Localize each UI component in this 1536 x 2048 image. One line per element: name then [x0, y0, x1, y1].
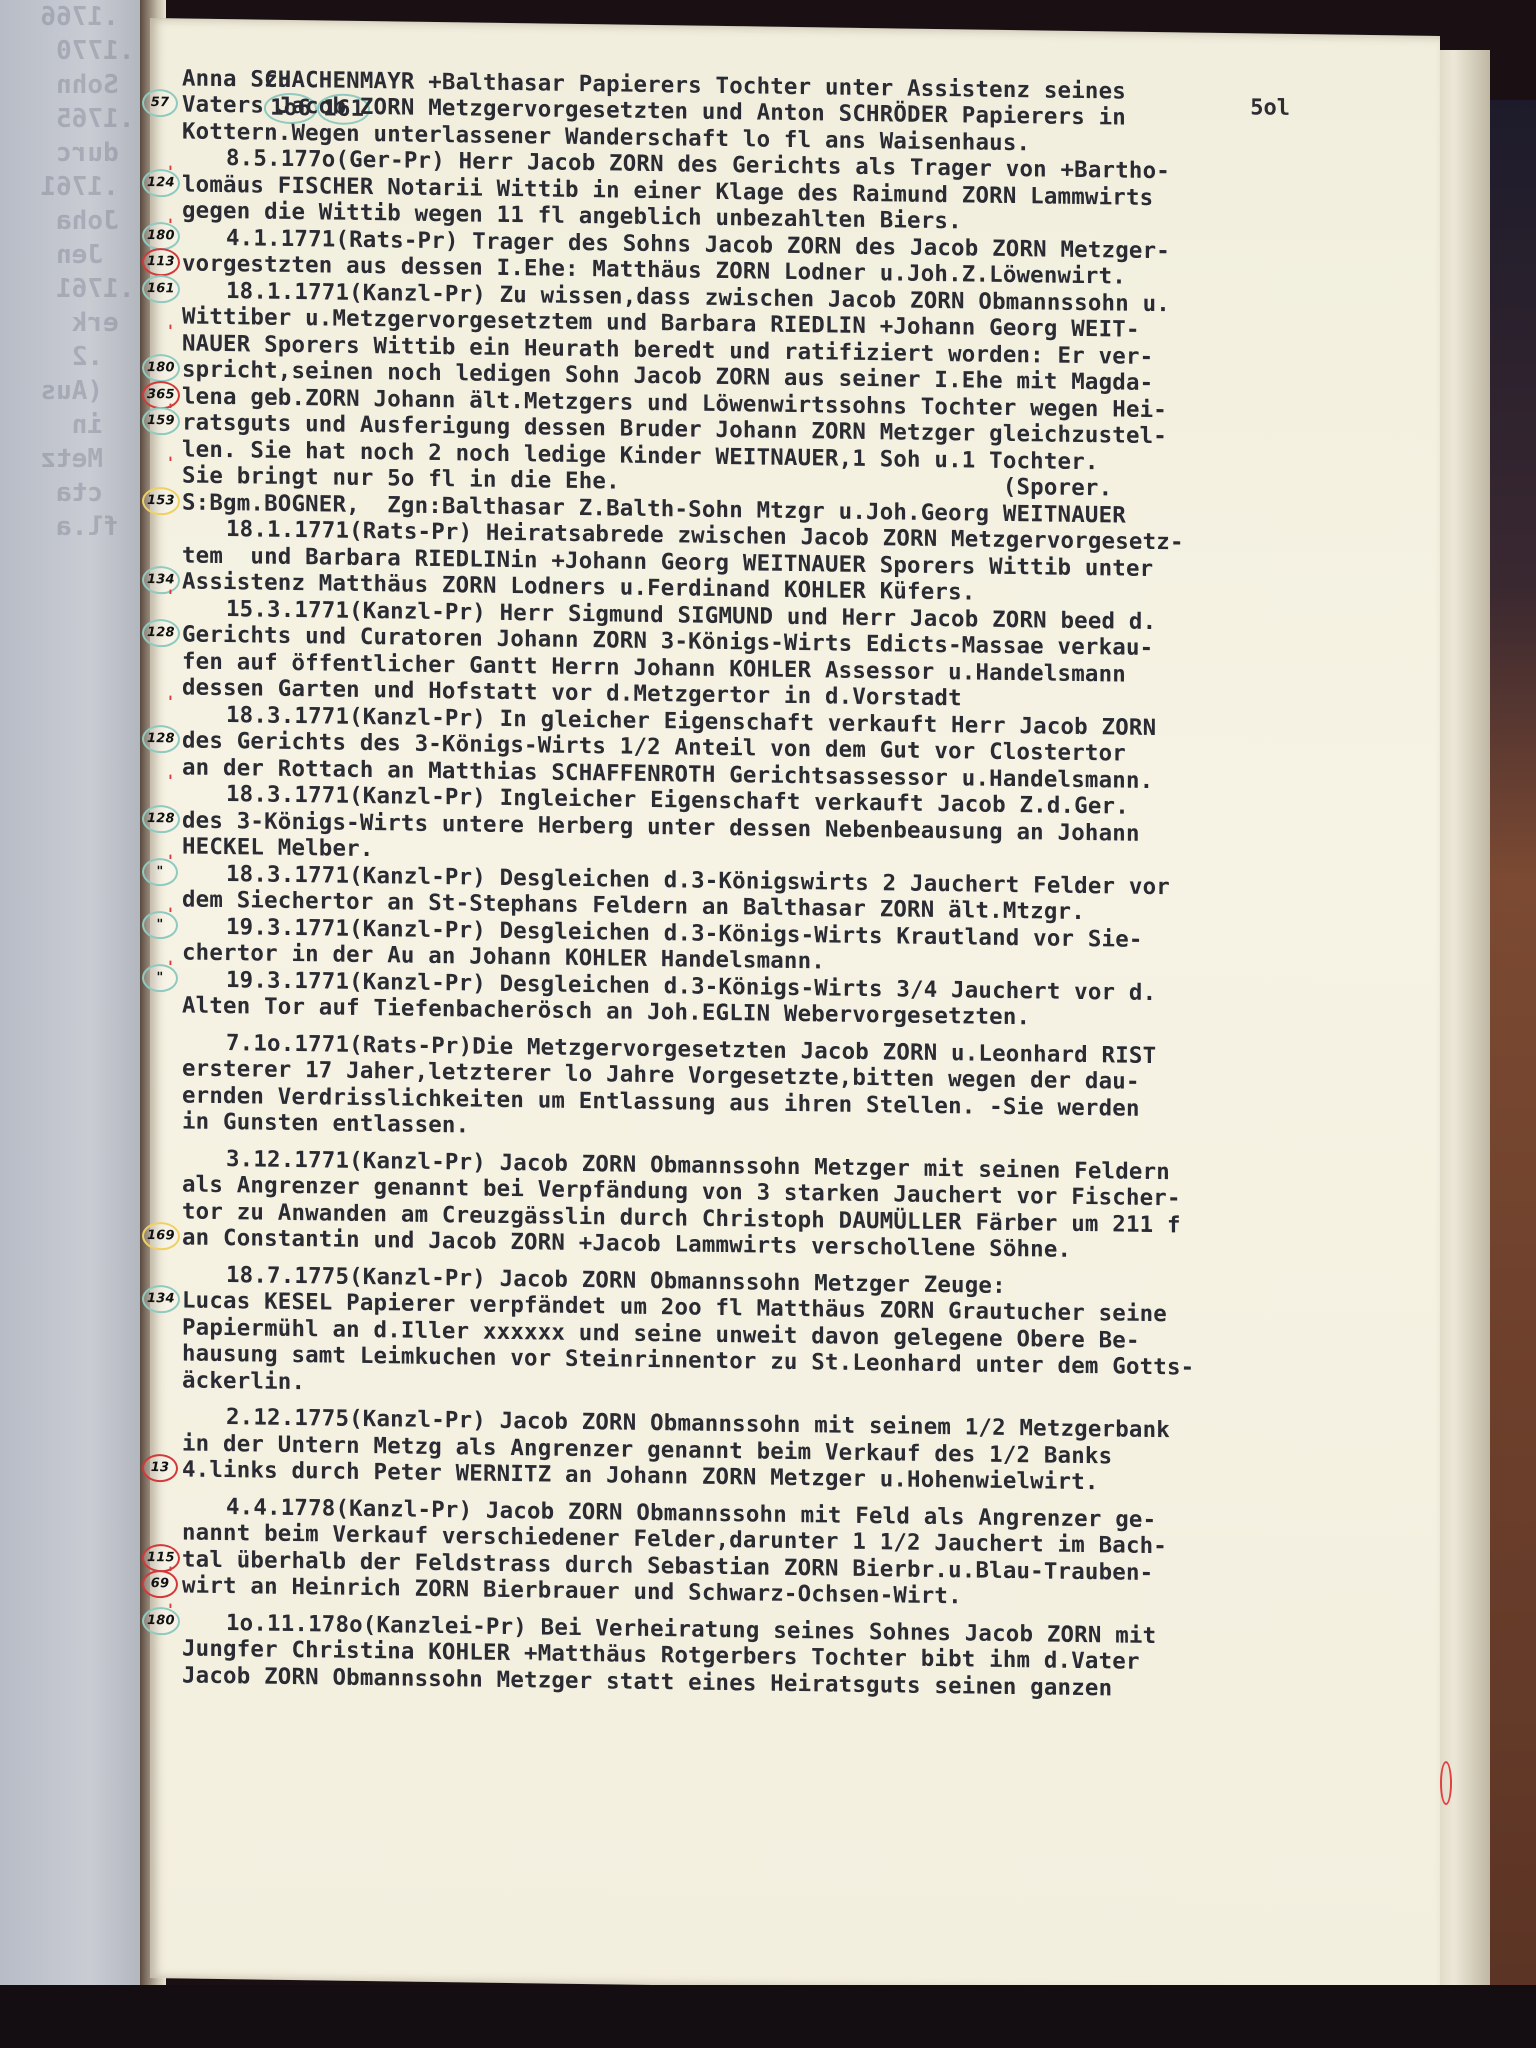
- red-tick-mark: ': [168, 318, 173, 345]
- margin-reference: 13: [142, 1454, 178, 1483]
- margin-reference: 159: [142, 407, 180, 436]
- line-text: äckerlin.: [182, 1367, 305, 1395]
- page-text: zu 1o6161 Anna SCHACHENMAYR +Balthasar P…: [182, 38, 1432, 1705]
- margin-reference: 180: [142, 354, 180, 383]
- table-surface: [0, 1985, 1536, 2048]
- bleed-through-text: .1766 .1770 Sohn .1765 durc .1761 Joha J…: [0, 0, 150, 544]
- red-tick-mark: ': [168, 901, 173, 928]
- typed-page: 5ol zu 1o6161 Anna SCHACHENMAYR +Balthas…: [150, 18, 1440, 1996]
- margin-reference: 365: [142, 380, 180, 409]
- red-margin-mark: [1440, 1761, 1452, 1805]
- margin-reference: 134: [142, 566, 180, 595]
- red-tick-mark: ': [168, 583, 173, 610]
- margin-reference: 180: [142, 1606, 180, 1635]
- margin-reference: 115: [142, 1543, 180, 1572]
- margin-reference: 134: [142, 1285, 180, 1314]
- margin-reference: 169: [142, 1222, 180, 1251]
- red-tick-mark: ': [168, 689, 173, 716]
- red-tick-mark: ': [168, 450, 173, 477]
- margin-reference: 128: [142, 804, 180, 833]
- line-text: HECKEL Melber.: [182, 833, 374, 862]
- margin-reference: 153: [142, 486, 180, 515]
- red-tick-mark: ': [168, 954, 173, 981]
- red-tick-mark: ': [168, 1597, 173, 1624]
- red-tick-mark: ': [168, 848, 173, 875]
- margin-reference: 180: [142, 221, 180, 250]
- margin-reference: 128: [142, 619, 180, 648]
- margin-reference: 124: [142, 168, 180, 197]
- red-tick-mark: ': [168, 397, 173, 424]
- red-tick-mark: ': [168, 159, 173, 186]
- line-text: in Gunsten entlassen.: [182, 1108, 469, 1138]
- red-tick-mark: ': [168, 212, 173, 239]
- margin-reference: 128: [142, 725, 180, 754]
- margin-reference: 57: [142, 89, 178, 118]
- margin-reference: 161: [142, 274, 180, 303]
- red-tick-mark: ': [168, 768, 173, 795]
- left-page-facing: .1766 .1770 Sohn .1765 durc .1761 Joha J…: [0, 0, 150, 2000]
- red-tick-mark: ': [168, 1560, 173, 1587]
- margin-reference: 113: [142, 248, 180, 277]
